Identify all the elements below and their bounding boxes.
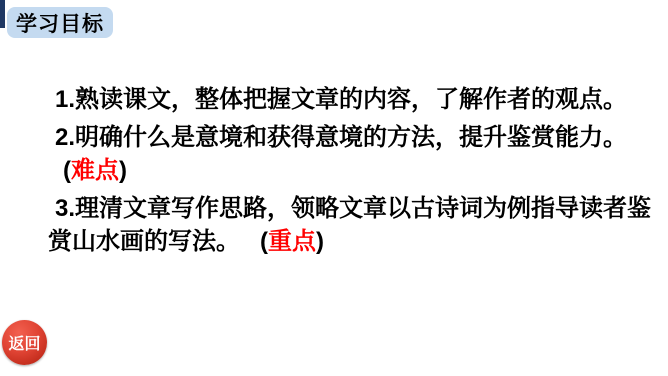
objective-3-text: 3.理清文章写作思路，领略文章以古诗词为例指导读者鉴 bbox=[55, 195, 651, 222]
objective-1-text: 1.熟读课文，整体把握文章的内容，了解作者的观点。 bbox=[55, 86, 627, 113]
objective-2-tag: (难点) bbox=[63, 154, 632, 187]
difficulty-tag: 难点 bbox=[71, 157, 119, 184]
objective-3: 3.理清文章写作思路，领略文章以古诗词为例指导读者鉴 bbox=[55, 192, 632, 225]
objectives-list: 1.熟读课文，整体把握文章的内容，了解作者的观点。 2.明确什么是意境和获得意境… bbox=[47, 83, 632, 258]
slide-title: 学习目标 bbox=[16, 8, 104, 38]
objective-3-continued: 赏山水画的写法。(重点) bbox=[48, 225, 632, 258]
back-button-label: 返回 bbox=[8, 331, 40, 354]
objective-1: 1.熟读课文，整体把握文章的内容，了解作者的观点。 bbox=[55, 83, 632, 116]
key-point-tag-close-paren: ) bbox=[316, 228, 324, 255]
key-point-tag: 重点 bbox=[268, 228, 316, 255]
slide-title-badge: 学习目标 bbox=[7, 7, 113, 38]
difficulty-tag-close-paren: ) bbox=[119, 157, 127, 184]
key-point-tag-open-paren: ( bbox=[260, 228, 268, 255]
objective-2-text: 2.明确什么是意境和获得意境的方法，提升鉴赏能力。 bbox=[55, 124, 627, 151]
objective-3-text-continued: 赏山水画的写法。 bbox=[48, 228, 240, 255]
difficulty-tag-open-paren: ( bbox=[63, 157, 71, 184]
corner-accent-bar bbox=[0, 0, 5, 28]
objective-2: 2.明确什么是意境和获得意境的方法，提升鉴赏能力。 bbox=[55, 121, 632, 154]
back-button[interactable]: 返回 bbox=[2, 320, 47, 365]
